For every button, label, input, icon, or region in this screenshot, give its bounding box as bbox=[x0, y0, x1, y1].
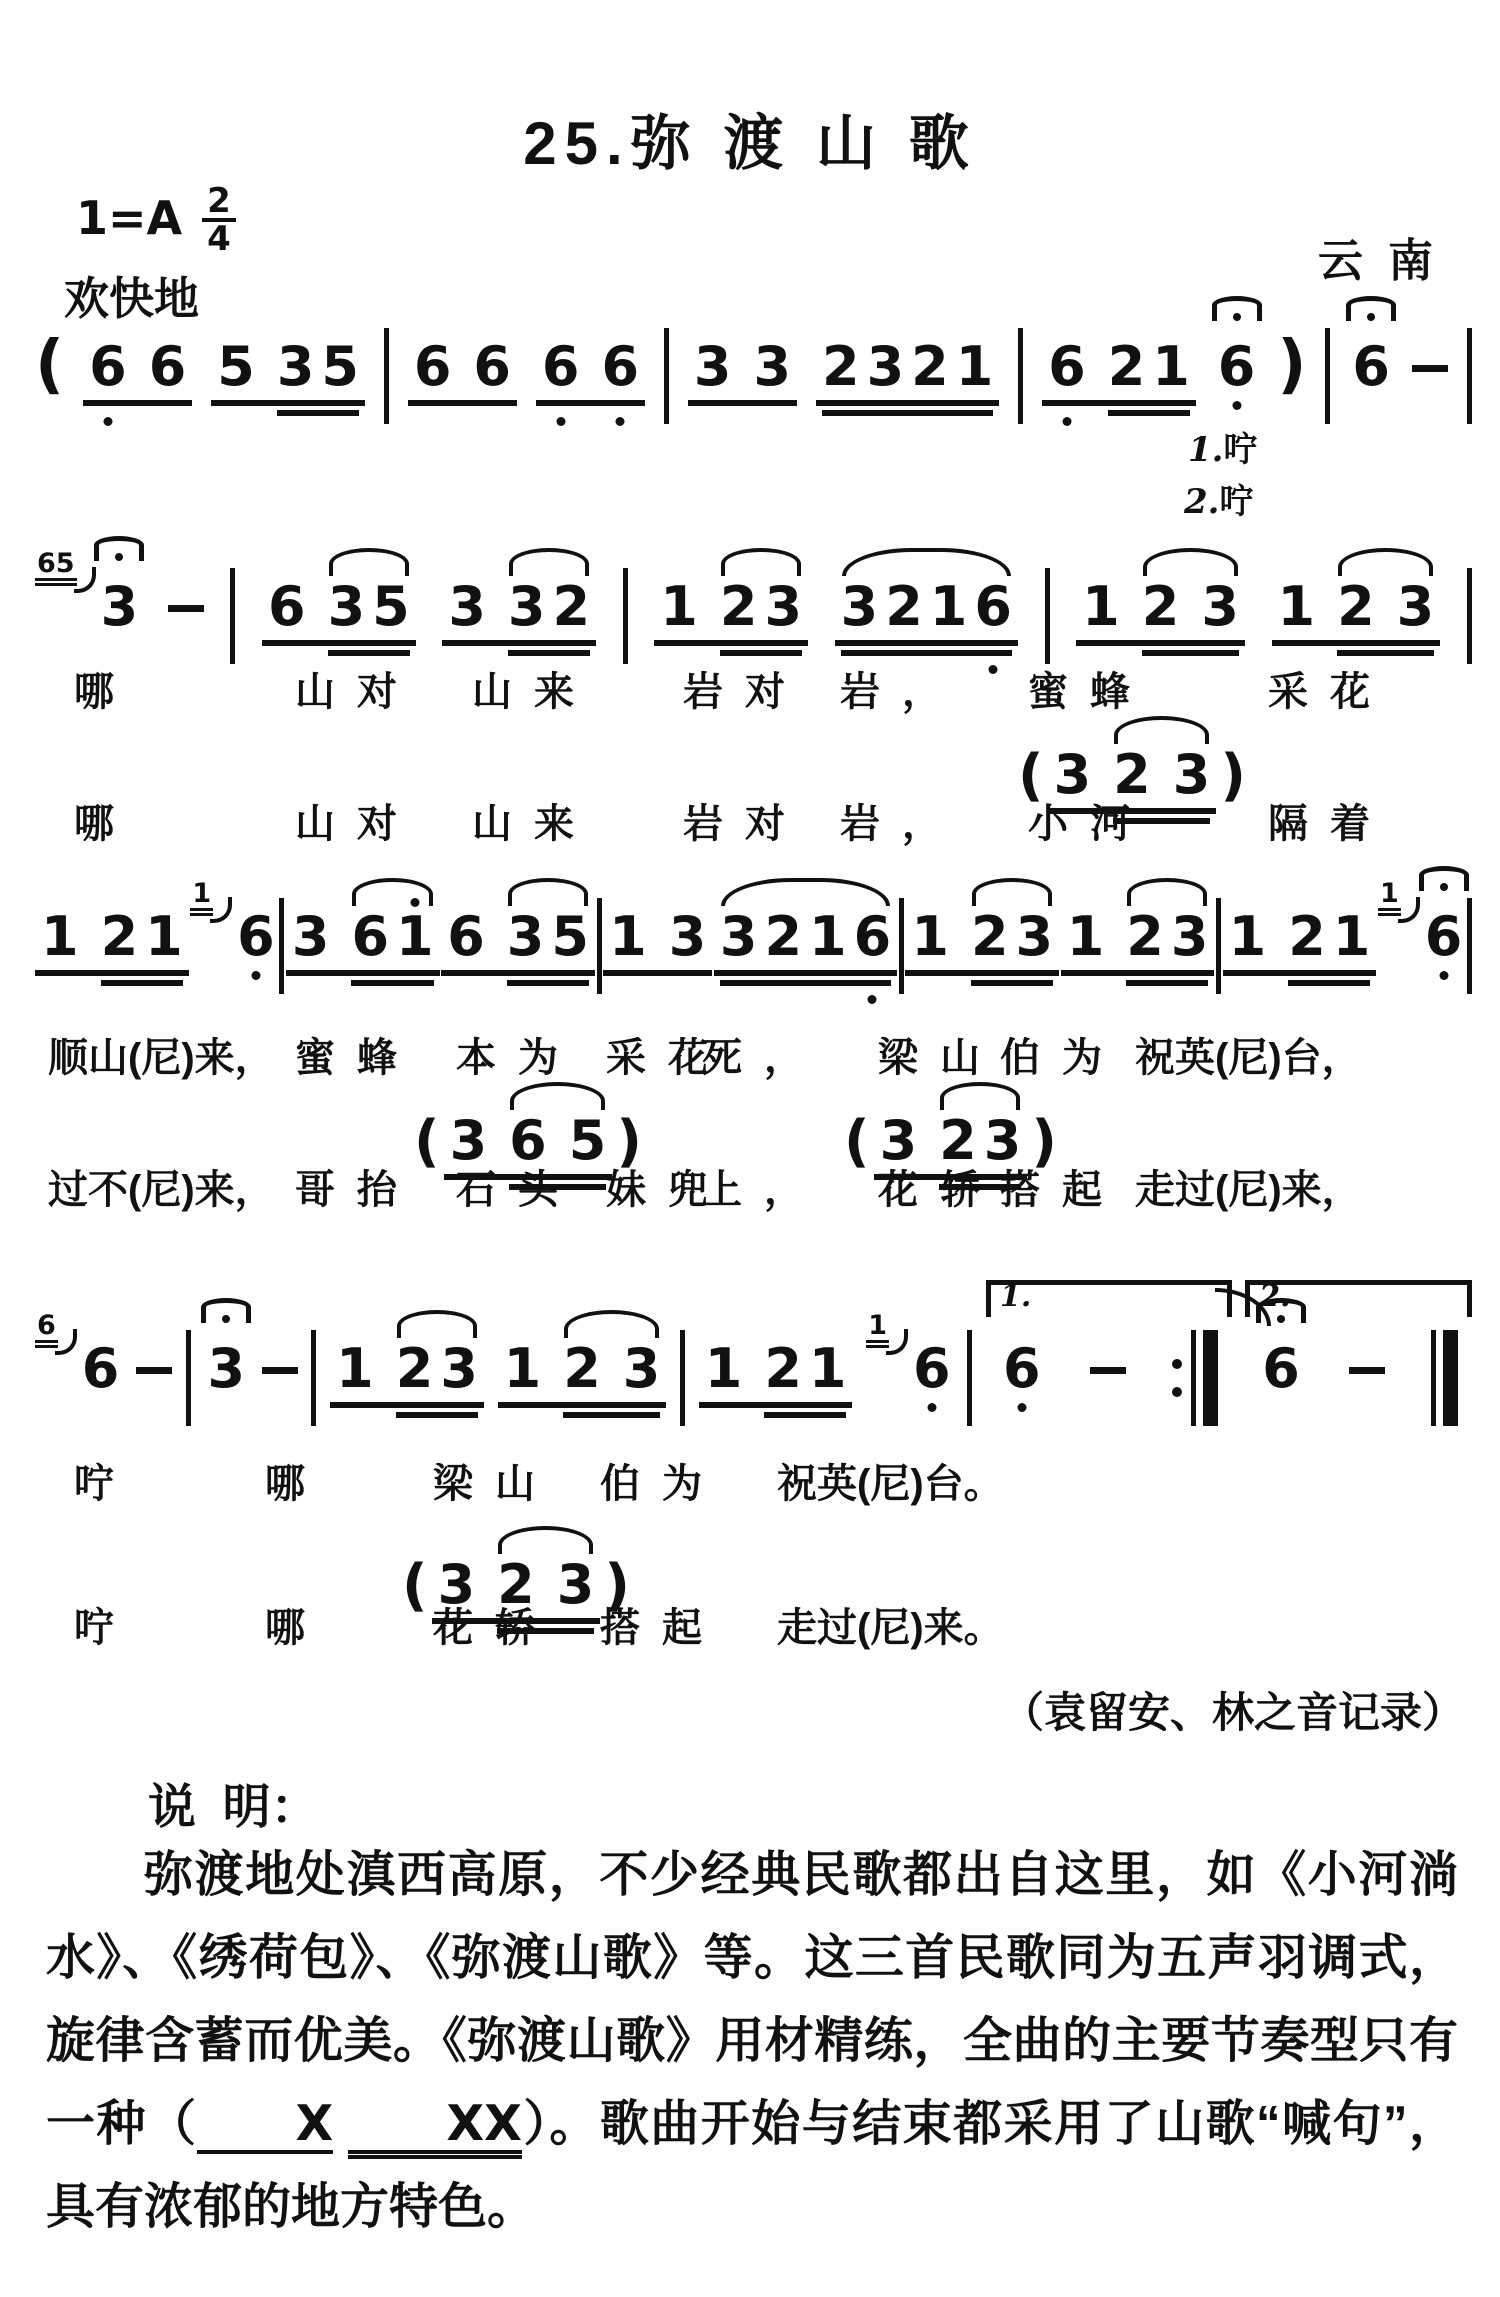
barline bbox=[186, 1330, 191, 1426]
jianpu-note: 1 bbox=[927, 578, 971, 636]
rhythm-pattern-sixteenths: XX bbox=[348, 2098, 522, 2154]
barline bbox=[1216, 898, 1221, 994]
octave-dot-low bbox=[103, 417, 112, 426]
thin-barline bbox=[1191, 1330, 1196, 1426]
barline bbox=[1045, 568, 1050, 664]
note-digit: 3 bbox=[508, 575, 546, 638]
note-digit: 1 bbox=[1067, 905, 1105, 968]
note-digit: 1 bbox=[396, 905, 434, 968]
lyrics-row: 哪山对山来岩对岩，蜜蜂采花 bbox=[0, 660, 1500, 716]
beamed-note-group: 35 bbox=[274, 338, 362, 396]
jianpu-note: 3 bbox=[274, 338, 318, 396]
note-digit: 6 bbox=[1425, 908, 1463, 966]
duration-dash bbox=[1090, 1367, 1126, 1374]
octave-dot-low bbox=[616, 417, 625, 426]
grace-tie bbox=[74, 567, 96, 593]
jianpu-note: 6 bbox=[910, 1340, 954, 1398]
notation-mark bbox=[1172, 1387, 1182, 1397]
jianpu-note: 1 bbox=[702, 1340, 746, 1398]
jianpu-note: 2 bbox=[882, 578, 926, 636]
jianpu-note: 5 bbox=[548, 908, 592, 966]
jianpu-note: 3 bbox=[98, 578, 142, 636]
jianpu-note: 2 bbox=[98, 908, 142, 966]
jianpu-note: 3 bbox=[750, 338, 794, 396]
jianpu-note: 2 bbox=[560, 1340, 604, 1398]
octave-dot-low bbox=[1232, 401, 1241, 410]
note-digit: 5 bbox=[551, 905, 589, 968]
jianpu-note: 3 bbox=[1013, 908, 1057, 966]
grace-tie bbox=[886, 1329, 908, 1355]
note-digit: 2 bbox=[1288, 905, 1326, 968]
note-digit: 6 bbox=[1262, 1340, 1300, 1398]
lyric-segment: 祝英(尼)台， bbox=[1135, 1026, 1362, 1083]
jianpu-note: 3 bbox=[691, 338, 735, 396]
lyric-segment: 哪 bbox=[265, 1452, 305, 1509]
lyric-segment: 山来 bbox=[472, 792, 596, 849]
note-digit: 3 bbox=[1016, 905, 1054, 968]
note-digit: 3 bbox=[720, 905, 758, 968]
lyric-segment: 岩， bbox=[840, 660, 964, 717]
verse-number: 1. bbox=[1188, 430, 1224, 470]
jianpu-note: 3 bbox=[1198, 578, 1242, 636]
grace-note-group: 16 bbox=[866, 1340, 953, 1398]
parenthesis: ( bbox=[35, 333, 64, 397]
jianpu-note: 6 bbox=[598, 338, 642, 396]
repeat-dots bbox=[1172, 1359, 1182, 1397]
pickup-syllable: 咛 bbox=[1220, 483, 1254, 521]
music-system: 6536353321233216123123 bbox=[35, 528, 1472, 664]
lyric-segment: 死， bbox=[702, 1026, 826, 1083]
note-digit: 3 bbox=[1397, 575, 1435, 638]
note-digit: 1 bbox=[1152, 335, 1190, 398]
grace-note-group: 653 bbox=[35, 578, 141, 636]
grace-tie bbox=[1398, 897, 1420, 923]
note-digit: 2 bbox=[1108, 335, 1146, 398]
beamed-note-group: 23 bbox=[968, 908, 1056, 966]
lyric-segment: 搭起 bbox=[600, 1596, 724, 1653]
lyric-segment: 过不(尼)来， bbox=[48, 1158, 275, 1215]
jianpu-note: 2 bbox=[761, 908, 805, 966]
jianpu-note: 6 bbox=[86, 338, 130, 396]
lyric-segment: 哥抬 bbox=[295, 1158, 419, 1215]
barline bbox=[899, 898, 904, 994]
note-digit: 3 bbox=[867, 335, 905, 398]
octave-dot-low bbox=[868, 995, 877, 1004]
note-digit: 1 bbox=[145, 905, 183, 968]
note-digit: 1 bbox=[1278, 575, 1316, 638]
jianpu-note: 1 bbox=[806, 1340, 850, 1398]
note-digit: 1 bbox=[504, 1337, 542, 1400]
barline bbox=[230, 568, 235, 664]
note-digit: 3 bbox=[507, 905, 545, 968]
jianpu-note: 1 bbox=[908, 908, 952, 966]
lyric-segment: 伯为 bbox=[1000, 1026, 1124, 1083]
beat-group: 121 bbox=[699, 1340, 853, 1408]
note-digit: 1 bbox=[809, 905, 847, 968]
note-digit: 2 bbox=[764, 1337, 802, 1400]
jianpu-note: 3 bbox=[838, 578, 882, 636]
verse-pickup-label: 2.咛 bbox=[1184, 474, 1254, 523]
grace-note: 65 bbox=[35, 550, 96, 581]
note-digit: 6 bbox=[1218, 338, 1256, 396]
jianpu-note: 1 bbox=[501, 1340, 545, 1398]
beamed-note-group: 21 bbox=[1105, 338, 1193, 396]
jianpu-note: 2 bbox=[1334, 578, 1378, 636]
grace-note-group: 66 bbox=[35, 1340, 122, 1398]
note-digit: 3 bbox=[292, 905, 330, 968]
note-digit: 1 bbox=[705, 1337, 743, 1400]
grace-digits: 65 bbox=[35, 550, 77, 581]
beamed-note-group: 61 bbox=[348, 908, 436, 966]
beat-group: 121 bbox=[1223, 908, 1377, 976]
beat-group: 13 bbox=[603, 908, 712, 976]
jianpu-note: 6 bbox=[1000, 1340, 1044, 1398]
lyric-segment: 山对 bbox=[295, 792, 419, 849]
note-digit: 6 bbox=[473, 335, 511, 398]
note-digit: 2 bbox=[552, 575, 590, 638]
jianpu-note: 6 bbox=[411, 338, 455, 396]
beat-group: 123 bbox=[654, 578, 808, 646]
note-digit: 5 bbox=[372, 575, 410, 638]
jianpu-note: 6 bbox=[539, 338, 583, 396]
lyric-segment: 岩， bbox=[840, 792, 964, 849]
fermata-icon bbox=[1212, 296, 1262, 321]
octave-dot-high bbox=[410, 898, 419, 907]
note-digit: 3 bbox=[669, 905, 707, 968]
jianpu-note: 3 bbox=[864, 338, 908, 396]
note-digit: 6 bbox=[542, 335, 580, 398]
lyric-segment: 哪 bbox=[74, 792, 114, 849]
beamed-note-group: 23 bbox=[1139, 578, 1242, 636]
jianpu-note: 3 bbox=[289, 908, 333, 966]
note-digit: 2 bbox=[764, 905, 802, 968]
lyric-segment: 隔着 bbox=[1268, 792, 1392, 849]
note-digit: 3 bbox=[1171, 905, 1209, 968]
note-digit: 1 bbox=[956, 335, 994, 398]
grace-tie bbox=[55, 1329, 77, 1355]
note-digit: 2 bbox=[822, 335, 860, 398]
note-digit: 2 bbox=[720, 575, 758, 638]
duration-dash bbox=[1349, 1367, 1385, 1374]
fermata-icon bbox=[1419, 866, 1469, 891]
verse-pickup-label: 1.咛 bbox=[1188, 422, 1258, 471]
key-signature-text: 1=A bbox=[76, 191, 182, 245]
note-digit: 6 bbox=[89, 335, 127, 398]
jianpu-note: 1 bbox=[806, 908, 850, 966]
lyric-segment: 蜜蜂 bbox=[1028, 660, 1152, 717]
beamed-note-group: 3216 bbox=[717, 908, 894, 966]
grace-note-group: 16 bbox=[190, 908, 277, 966]
barline bbox=[1325, 328, 1330, 424]
note-digit: 1 bbox=[1229, 905, 1267, 968]
lyric-segment: 顺山(尼)来， bbox=[48, 1026, 275, 1083]
note-digit: 1 bbox=[41, 905, 79, 968]
thin-barline bbox=[1431, 1330, 1436, 1426]
note-digit: 3 bbox=[764, 575, 802, 638]
beamed-note-group: 21 bbox=[761, 1340, 849, 1398]
lyric-segment: 梁山 bbox=[433, 1452, 557, 1509]
jianpu-note: 2 bbox=[1139, 578, 1183, 636]
note-digit: 6 bbox=[1352, 338, 1390, 396]
lyric-segment: 咛 bbox=[74, 1452, 114, 1509]
note-digit: 6 bbox=[149, 335, 187, 398]
grace-note: 1 bbox=[866, 1312, 908, 1343]
beat-group: 123 bbox=[905, 908, 1059, 976]
duration-dash bbox=[136, 1367, 172, 1374]
note-digit: 6 bbox=[351, 905, 389, 968]
jianpu-note: 6 bbox=[234, 908, 278, 966]
jianpu-note: 2 bbox=[968, 908, 1012, 966]
thick-barline bbox=[1203, 1330, 1218, 1426]
note-digit: 3 bbox=[440, 1337, 478, 1400]
jianpu-note: 6 bbox=[79, 1340, 123, 1398]
duration-dash bbox=[168, 605, 204, 612]
barline bbox=[1467, 898, 1472, 994]
lyric-segment: 走过(尼)来， bbox=[1135, 1158, 1362, 1215]
jianpu-note: 1 bbox=[1275, 578, 1319, 636]
jianpu-note: 2 bbox=[1285, 908, 1329, 966]
note-digit: 3 bbox=[277, 335, 315, 398]
note-digit: 6 bbox=[854, 905, 892, 968]
jianpu-note: 1 bbox=[657, 578, 701, 636]
octave-dot-low bbox=[927, 1403, 936, 1412]
lyric-segment: 花轿 bbox=[878, 1158, 1002, 1215]
barline bbox=[1467, 568, 1472, 664]
note-digit: 3 bbox=[623, 1337, 661, 1400]
note-digit: 3 bbox=[328, 575, 366, 638]
jianpu-note: 1 bbox=[142, 908, 186, 966]
jianpu-note: 1 bbox=[38, 908, 82, 966]
note-digit: 2 bbox=[396, 1337, 434, 1400]
jianpu-note: 3 bbox=[1394, 578, 1438, 636]
fermata-icon bbox=[1346, 296, 1396, 321]
jianpu-note: 6 bbox=[470, 338, 514, 396]
beat-group: 66 bbox=[408, 338, 517, 406]
beamed-note-group: 23 bbox=[560, 1340, 663, 1398]
volta-bracket: 1.6 bbox=[986, 1340, 1232, 1426]
notation-mark bbox=[1172, 1359, 1182, 1369]
pickup-syllable: 咛 bbox=[1224, 431, 1258, 469]
note-digit: 3 bbox=[448, 575, 486, 638]
grace-note: 6 bbox=[35, 1312, 77, 1343]
jianpu-note: 6 bbox=[265, 578, 309, 636]
beamed-note-group: 3216 bbox=[838, 578, 1015, 636]
note-digit: 6 bbox=[82, 1340, 120, 1398]
beamed-note-group: 35 bbox=[325, 578, 413, 636]
note-digit: 6 bbox=[1003, 1340, 1041, 1398]
jianpu-note: 2 bbox=[761, 1340, 805, 1398]
jianpu-note: 2 bbox=[1105, 338, 1149, 396]
note-digit: 2 bbox=[1126, 905, 1164, 968]
jianpu-note: 2 bbox=[717, 578, 761, 636]
jianpu-note: 1 bbox=[1079, 578, 1123, 636]
note-digit: 2 bbox=[971, 905, 1009, 968]
jianpu-note: 6 bbox=[1215, 338, 1259, 396]
thick-barline bbox=[1443, 1330, 1458, 1426]
jianpu-note: 6 bbox=[1349, 338, 1393, 396]
lyric-segment: 走过(尼)来。 bbox=[777, 1596, 1004, 1653]
jianpu-note: 1 bbox=[606, 908, 650, 966]
time-signature-denominator: 4 bbox=[207, 222, 231, 256]
jianpu-note: 1 bbox=[1226, 908, 1270, 966]
jianpu-note: 1 bbox=[1149, 338, 1193, 396]
note-digit: 1 bbox=[660, 575, 698, 638]
grace-note: 1 bbox=[190, 880, 232, 911]
note-digit: 1 bbox=[911, 905, 949, 968]
jianpu-note: 3 bbox=[761, 578, 805, 636]
barline bbox=[664, 328, 669, 424]
jianpu-note: 1 bbox=[333, 1340, 377, 1398]
note-digit: 3 bbox=[207, 1340, 245, 1398]
beat-group: 621 bbox=[1042, 338, 1196, 406]
lyric-segment: 蜜蜂 bbox=[295, 1026, 419, 1083]
beat-group: 3216 bbox=[835, 578, 1018, 646]
lyric-segment: 本为 bbox=[456, 1026, 580, 1083]
jianpu-note: 6 bbox=[1045, 338, 1089, 396]
jianpu-note: 3 bbox=[1168, 908, 1212, 966]
jianpu-note: 6 bbox=[971, 578, 1015, 636]
beamed-note-group: 23 bbox=[393, 1340, 481, 1398]
lyric-segment: 伯为 bbox=[600, 1452, 724, 1509]
note-digit: 6 bbox=[447, 905, 485, 968]
beat-group: 66 bbox=[536, 338, 645, 406]
note-digit: 1 bbox=[609, 905, 647, 968]
note-digit: 1 bbox=[1333, 905, 1371, 968]
note-digit: 2 bbox=[911, 335, 949, 398]
beamed-note-group: 21 bbox=[1285, 908, 1373, 966]
music-system: (6653566663323216216)6 bbox=[35, 288, 1472, 424]
jianpu-note: 5 bbox=[318, 338, 362, 396]
lyrics-row: 哪山对山来岩对岩，小河隔着 bbox=[0, 792, 1500, 848]
beat-group: 66 bbox=[83, 338, 192, 406]
lyrics-row: 顺山(尼)来，蜜蜂本为采花死，梁山伯为祝英(尼)台， bbox=[0, 1026, 1500, 1082]
note-digit: 1 bbox=[336, 1337, 374, 1400]
octave-dot-low bbox=[1017, 1403, 1026, 1412]
jianpu-note: 1 bbox=[1330, 908, 1374, 966]
lyric-segment: 搭起 bbox=[1000, 1158, 1124, 1215]
note-digit: 3 bbox=[101, 578, 139, 636]
beamed-note-group: 23 bbox=[1334, 578, 1437, 636]
parenthesis: ) bbox=[1277, 333, 1306, 397]
note-digit: 3 bbox=[841, 575, 879, 638]
grace-tie bbox=[210, 897, 232, 923]
beat-group: 635 bbox=[262, 578, 416, 646]
note-digit: 1 bbox=[809, 1337, 847, 1400]
beat-group: 332 bbox=[442, 578, 596, 646]
final-barline bbox=[1431, 1330, 1458, 1426]
jianpu-note: 2 bbox=[1123, 908, 1167, 966]
repeat-end-barline bbox=[1172, 1330, 1218, 1426]
jianpu-note: 2 bbox=[908, 338, 952, 396]
beat-group: 2321 bbox=[816, 338, 999, 406]
verse-number: 2. bbox=[1184, 482, 1220, 522]
beat-group: 123 bbox=[1272, 578, 1441, 646]
volta-label: 1. bbox=[1000, 1282, 1031, 1312]
barline bbox=[384, 328, 389, 424]
note-digit: 1 bbox=[1082, 575, 1120, 638]
notes-heading: 说 明： bbox=[148, 1768, 319, 1837]
barline bbox=[680, 1330, 685, 1426]
note-digit: 6 bbox=[1048, 335, 1086, 398]
jianpu-note: 3 bbox=[717, 908, 761, 966]
beat-group: 361 bbox=[286, 908, 440, 976]
beamed-note-group: 21 bbox=[98, 908, 186, 966]
note-digit: 6 bbox=[237, 908, 275, 966]
lyrics-row: 咛哪花轿搭起走过(尼)来。 bbox=[0, 1596, 1500, 1652]
jianpu-note: 5 bbox=[369, 578, 413, 636]
note-digit: 2 bbox=[885, 575, 923, 638]
jianpu-note: 3 bbox=[445, 578, 489, 636]
lyric-segment: 小河 bbox=[1028, 792, 1152, 849]
grace-note-group: 16 bbox=[1378, 908, 1465, 966]
note-digit: 5 bbox=[321, 335, 359, 398]
barline bbox=[279, 898, 284, 994]
note-digit: 6 bbox=[974, 575, 1012, 638]
octave-dot-low bbox=[556, 417, 565, 426]
barline bbox=[1018, 328, 1023, 424]
note-digit: 6 bbox=[414, 335, 452, 398]
beat-group: 121 bbox=[35, 908, 189, 976]
jianpu-note: 6 bbox=[146, 338, 190, 396]
lyric-segment: 咛 bbox=[74, 1596, 114, 1653]
jianpu-note: 2 bbox=[819, 338, 863, 396]
lyrics-row: 过不(尼)来，哥抬石头妹兜上，花轿搭起走过(尼)来， bbox=[0, 1158, 1500, 1214]
lyric-segment: 哪 bbox=[265, 1596, 305, 1653]
fermata-icon bbox=[94, 536, 144, 561]
note-digit: 3 bbox=[1201, 575, 1239, 638]
fermata-icon bbox=[201, 1298, 251, 1323]
duration-dash bbox=[262, 1367, 298, 1374]
lyric-segment: 岩对 bbox=[683, 660, 807, 717]
lyric-segment: 梁山 bbox=[878, 1026, 1002, 1083]
barline bbox=[311, 1330, 316, 1426]
transcriber-credit: （袁留安、林之音记录） bbox=[1002, 1680, 1464, 1740]
note-digit: 2 bbox=[1337, 575, 1375, 638]
beamed-note-group: 23 bbox=[1123, 908, 1211, 966]
note-digit: 2 bbox=[101, 905, 139, 968]
note-digit: 3 bbox=[694, 335, 732, 398]
beat-group: 123 bbox=[498, 1340, 667, 1408]
barline bbox=[623, 568, 628, 664]
rhythm-pattern-eighth: X bbox=[197, 2098, 333, 2154]
rhythm-pattern-space bbox=[333, 2097, 348, 2151]
volta-bracket: 2.6 bbox=[1245, 1340, 1472, 1426]
jianpu-note: 3 bbox=[504, 908, 548, 966]
note-digit: 6 bbox=[913, 1340, 951, 1398]
note-digit: 6 bbox=[268, 575, 306, 638]
note-digit: 6 bbox=[601, 335, 639, 398]
jianpu-note: 6 bbox=[1422, 908, 1466, 966]
jianpu-note: 1 bbox=[953, 338, 997, 396]
beat-group: 3216 bbox=[714, 908, 897, 976]
octave-dot-low bbox=[251, 971, 260, 980]
beat-group: 635 bbox=[441, 908, 595, 976]
lyric-segment: 岩对 bbox=[683, 792, 807, 849]
jianpu-note: 3 bbox=[204, 1340, 248, 1398]
octave-dot-low bbox=[1062, 417, 1071, 426]
beamed-note-group: 32 bbox=[505, 578, 593, 636]
note-digit: 3 bbox=[753, 335, 791, 398]
jianpu-note: 3 bbox=[325, 578, 369, 636]
music-system: 1211636163513321612312312116 bbox=[35, 858, 1472, 994]
note-digit: 1 bbox=[930, 575, 968, 638]
time-signature: 2 4 bbox=[202, 184, 236, 256]
beat-group: 535 bbox=[211, 338, 365, 406]
lyric-segment: 山来 bbox=[472, 660, 596, 717]
jianpu-note: 5 bbox=[214, 338, 258, 396]
song-title: 25.弥 渡 山 歌 bbox=[0, 96, 1500, 182]
barline bbox=[597, 898, 602, 994]
